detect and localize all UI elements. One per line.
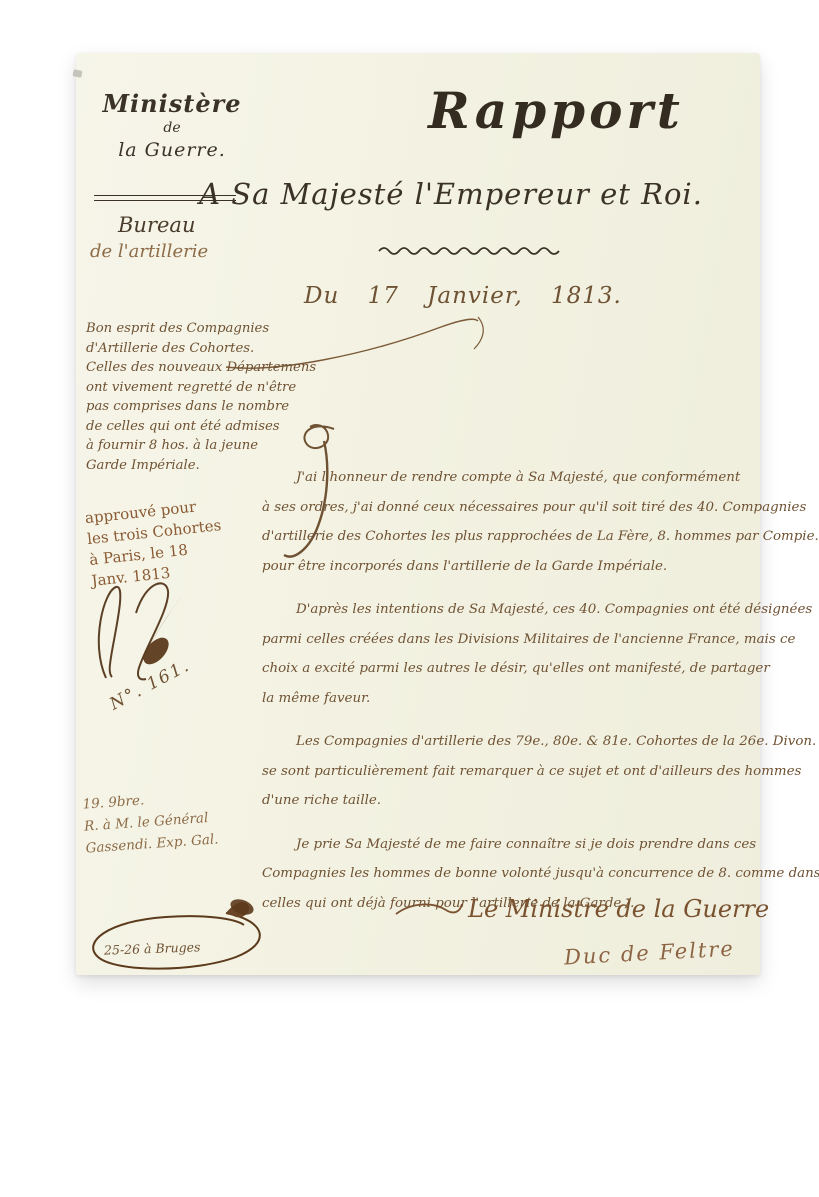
body-line: d'artillerie des Cohortes les plus rappr… (262, 522, 770, 552)
date-line: Du 17 Janvier, 1813. (304, 283, 622, 309)
body-line: d'une riche taille. (262, 786, 770, 816)
signature-name: Duc de Feltre (563, 937, 735, 970)
body-line: D'après les intentions de Sa Majesté, ce… (262, 595, 770, 625)
body-text: J'ai l'honneur de rendre compte à Sa Maj… (262, 463, 770, 932)
wavy-divider (376, 243, 566, 259)
ministry-line: la Guerre. (96, 139, 248, 161)
ministry-line: de (96, 120, 248, 136)
margin-note-line: ont vivement regretté de n'être (86, 378, 316, 398)
signature-role-text: Le Ministre de la Guerre (468, 895, 769, 923)
ministry-line: Ministère (96, 89, 248, 118)
report-title: Rapport (356, 81, 756, 140)
bureau-header: Bureau de l'artillerie (90, 213, 265, 262)
body-line: J'ai l'honneur de rendre compte à Sa Maj… (262, 463, 770, 493)
signature-role: Le Ministre de la Guerre (394, 895, 769, 923)
registry-note: 19. 9bre. R. à M. le Général Gassendi. E… (82, 784, 219, 859)
report-subtitle: A Sa Majesté l'Empereur et Roi. (142, 177, 760, 211)
body-line: parmi celles créées dans les Divisions M… (262, 625, 770, 655)
body-line: Compagnies les hommes de bonne volonté j… (262, 859, 770, 889)
body-line: pour être incorporés dans l'artillerie d… (262, 552, 770, 582)
margin-note-line: d'Artillerie des Cohortes. (86, 339, 316, 359)
body-line: choix a excité parmi les autres le désir… (262, 654, 770, 684)
oval-flourish (76, 891, 286, 983)
paragraph: D'après les intentions de Sa Majesté, ce… (262, 595, 770, 713)
body-line: se sont particulièrement fait remarquer … (262, 757, 770, 787)
body-line: à ses ordres, j'ai donné ceux nécessaire… (262, 493, 770, 523)
manuscript-page: Ministère de la Guerre. Bureau de l'arti… (76, 53, 760, 975)
body-line: Je prie Sa Majesté de me faire connaître… (262, 830, 770, 860)
document-photo: { "document": { "header_left": { "minist… (0, 0, 819, 1197)
bureau-line: de l'artillerie (90, 241, 265, 262)
paragraph: J'ai l'honneur de rendre compte à Sa Maj… (262, 463, 770, 581)
margin-note-line: pas comprises dans le nombre (86, 397, 316, 417)
margin-note-line: Bon esprit des Compagnies (86, 319, 316, 339)
body-line: la même faveur. (262, 684, 770, 714)
paragraph: Les Compagnies d'artillerie des 79e., 80… (262, 727, 770, 816)
margin-note-line: Celles des nouveaux Départemens (86, 358, 316, 378)
ministry-header: Ministère de la Guerre. (96, 89, 248, 161)
bureau-line: Bureau (118, 213, 265, 237)
signature-swash (394, 896, 464, 922)
body-line: Les Compagnies d'artillerie des 79e., 80… (262, 727, 770, 757)
paper-edge-tear (72, 69, 82, 78)
